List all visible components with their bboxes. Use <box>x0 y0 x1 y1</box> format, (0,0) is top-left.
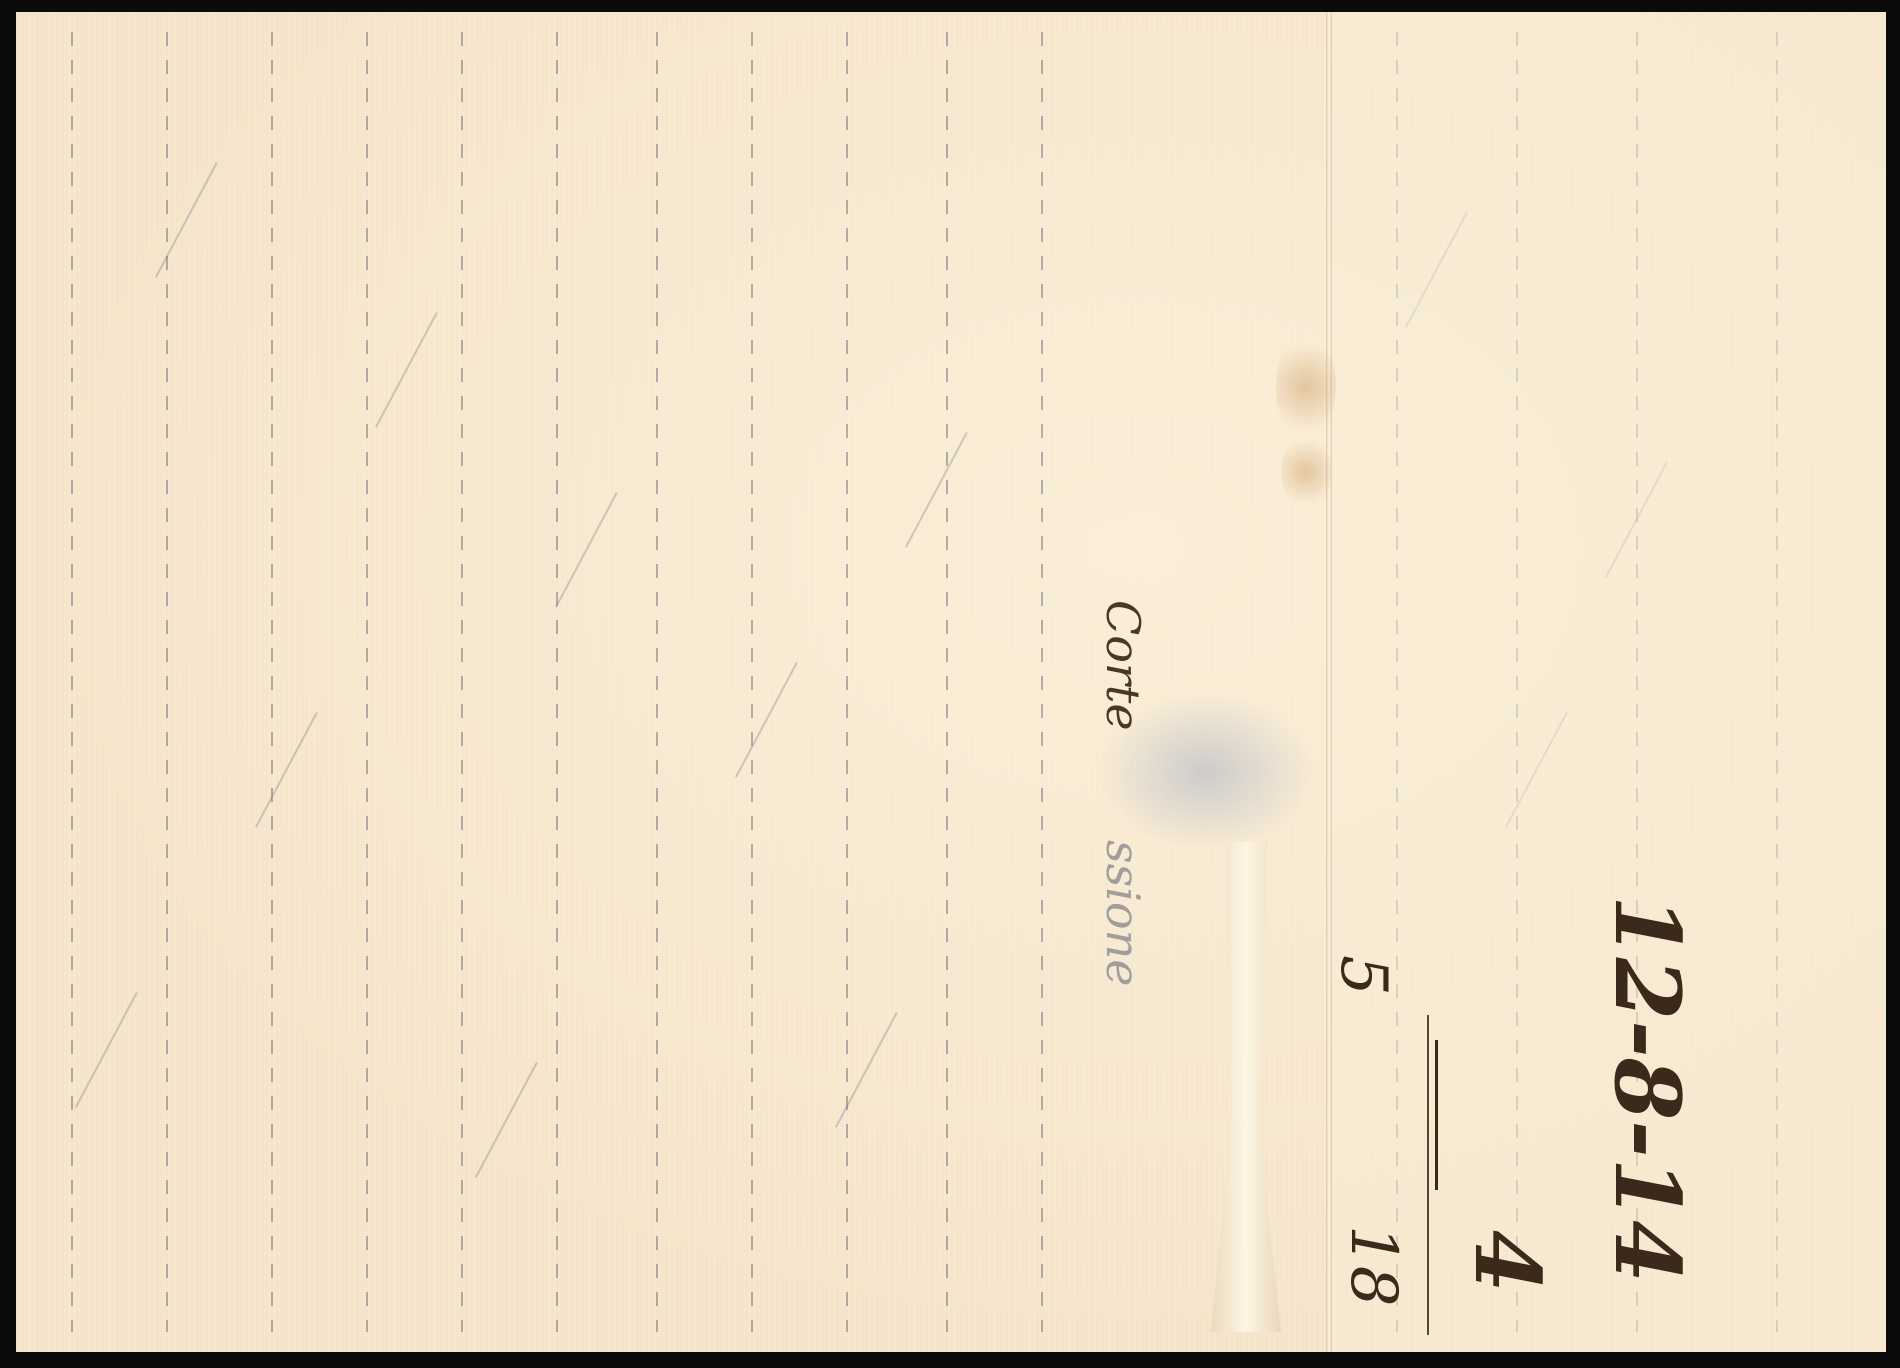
address-fragment-faint: ssione <box>1096 840 1150 986</box>
notation-date: 12-8-14 <box>1594 895 1700 1283</box>
notation-fraction-bottom: 18 <box>1336 1225 1410 1306</box>
notation-fraction-top: 5 <box>1326 955 1400 996</box>
fold-crease <box>1326 12 1332 1352</box>
foxing-stain <box>1276 332 1336 442</box>
fraction-bar <box>1435 1040 1438 1190</box>
torn-seal-strip <box>1211 842 1281 1332</box>
ghost-writing-line <box>1041 32 1043 1332</box>
ghost-writing-line <box>556 32 558 1332</box>
ghost-writing-line <box>946 32 948 1332</box>
ghost-writing-line <box>461 32 463 1332</box>
ghost-writing-line <box>846 32 848 1332</box>
ghost-writing-line <box>71 32 73 1332</box>
ink-rule-line <box>1427 1015 1429 1335</box>
foxing-stain <box>1281 432 1331 512</box>
notation-numeral: 4 <box>1454 1230 1560 1293</box>
ghost-writing-line <box>656 32 658 1332</box>
ghost-writing-line <box>166 32 168 1332</box>
ghost-writing-line <box>271 32 273 1332</box>
address-fragment: Corte <box>1096 600 1150 731</box>
ghost-writing-line <box>751 32 753 1332</box>
ghost-writing-line <box>366 32 368 1332</box>
